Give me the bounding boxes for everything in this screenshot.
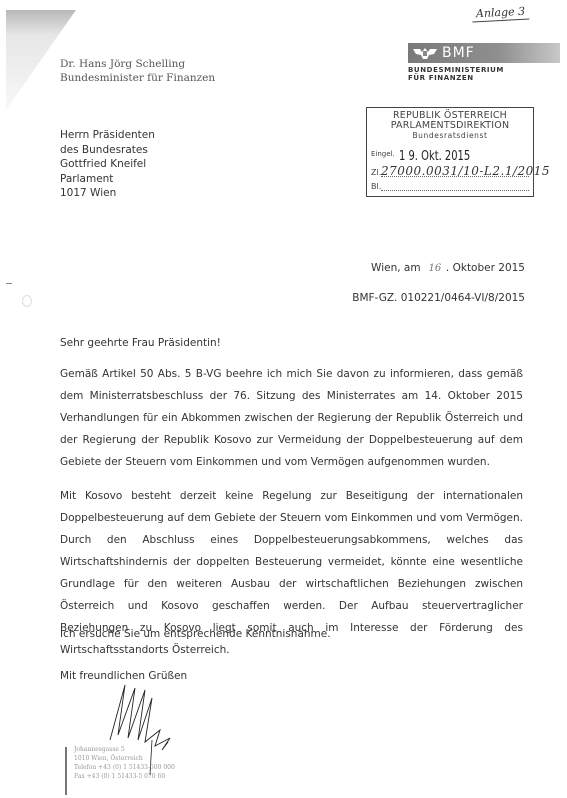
- ministry-name: BUNDESMINISTERIUM FÜR FINANZEN: [408, 66, 504, 82]
- stamp-bl-line: [381, 190, 529, 191]
- salutation: Sehr geehrte Frau Präsidentin!: [60, 337, 221, 349]
- stamp-line-3: Bundesratsdienst: [367, 131, 533, 140]
- footer-line: Telefon +43 (0) 1 51433-500 000: [74, 763, 175, 772]
- punch-hole-mark: [22, 295, 32, 307]
- address-line: Gottfried Kneifel: [60, 157, 155, 172]
- address-line: Parlament: [60, 172, 155, 187]
- date-suffix: . Oktober 2015: [446, 262, 525, 274]
- stamp-bl-label: Bl.: [371, 182, 381, 191]
- footer-line: Johannesgasse 5: [74, 745, 175, 754]
- address-line: des Bundesrates: [60, 143, 155, 158]
- footer-line: 1010 Wien, Österreich: [74, 754, 175, 763]
- recipient-address: Herrn Präsidenten des Bundesrates Gottfr…: [60, 128, 155, 201]
- received-stamp: REPUBLIK ÖSTERREICH PARLAMENTSDIREKTION …: [366, 107, 534, 197]
- stamp-received-date: 1 9. Okt. 2015: [399, 149, 470, 164]
- sender-title: Bundesminister für Finanzen: [60, 71, 215, 85]
- annex-label: Anlage 3: [472, 5, 530, 23]
- stamp-line-2: PARLAMENTSDIREKTION: [367, 121, 533, 131]
- closing-sentence: Ich ersuche Sie um entsprechende Kenntni…: [60, 628, 331, 640]
- date-prefix: Wien, am: [371, 262, 421, 274]
- stamp-zl-value: 27000.0031/10-L2.1/2015: [381, 164, 550, 178]
- bmf-logo: BMF: [408, 43, 560, 63]
- date-line: Wien, am 16. Oktober 2015: [371, 262, 525, 274]
- sender-name: Dr. Hans Jörg Schelling: [60, 57, 215, 71]
- ministry-name-line-2: FÜR FINANZEN: [408, 74, 504, 82]
- sender-block: Dr. Hans Jörg Schelling Bundesminister f…: [60, 57, 215, 85]
- footer-accent-bar: [65, 747, 67, 795]
- address-line: Herrn Präsidenten: [60, 128, 155, 143]
- address-line: 1017 Wien: [60, 186, 155, 201]
- reference-number: BMF-GZ. 010221/0464-VI/8/2015: [352, 292, 525, 304]
- footer-address: Johannesgasse 5 1010 Wien, Österreich Te…: [74, 745, 175, 781]
- stamp-received-label: Eingel.: [371, 150, 395, 158]
- eagle-icon: [412, 46, 438, 60]
- ministry-name-line-1: BUNDESMINISTERIUM: [408, 66, 504, 74]
- logo-text: BMF: [442, 45, 475, 61]
- footer-line: Fax +43 (0) 1 51433-5 070 60: [74, 772, 175, 781]
- fold-mark: [6, 283, 12, 284]
- date-day-handwritten: 16: [424, 263, 446, 274]
- stamp-zl-label: Zl.: [371, 168, 381, 177]
- body-paragraph-1: Gemäß Artikel 50 Abs. 5 B-VG beehre ich …: [60, 363, 523, 473]
